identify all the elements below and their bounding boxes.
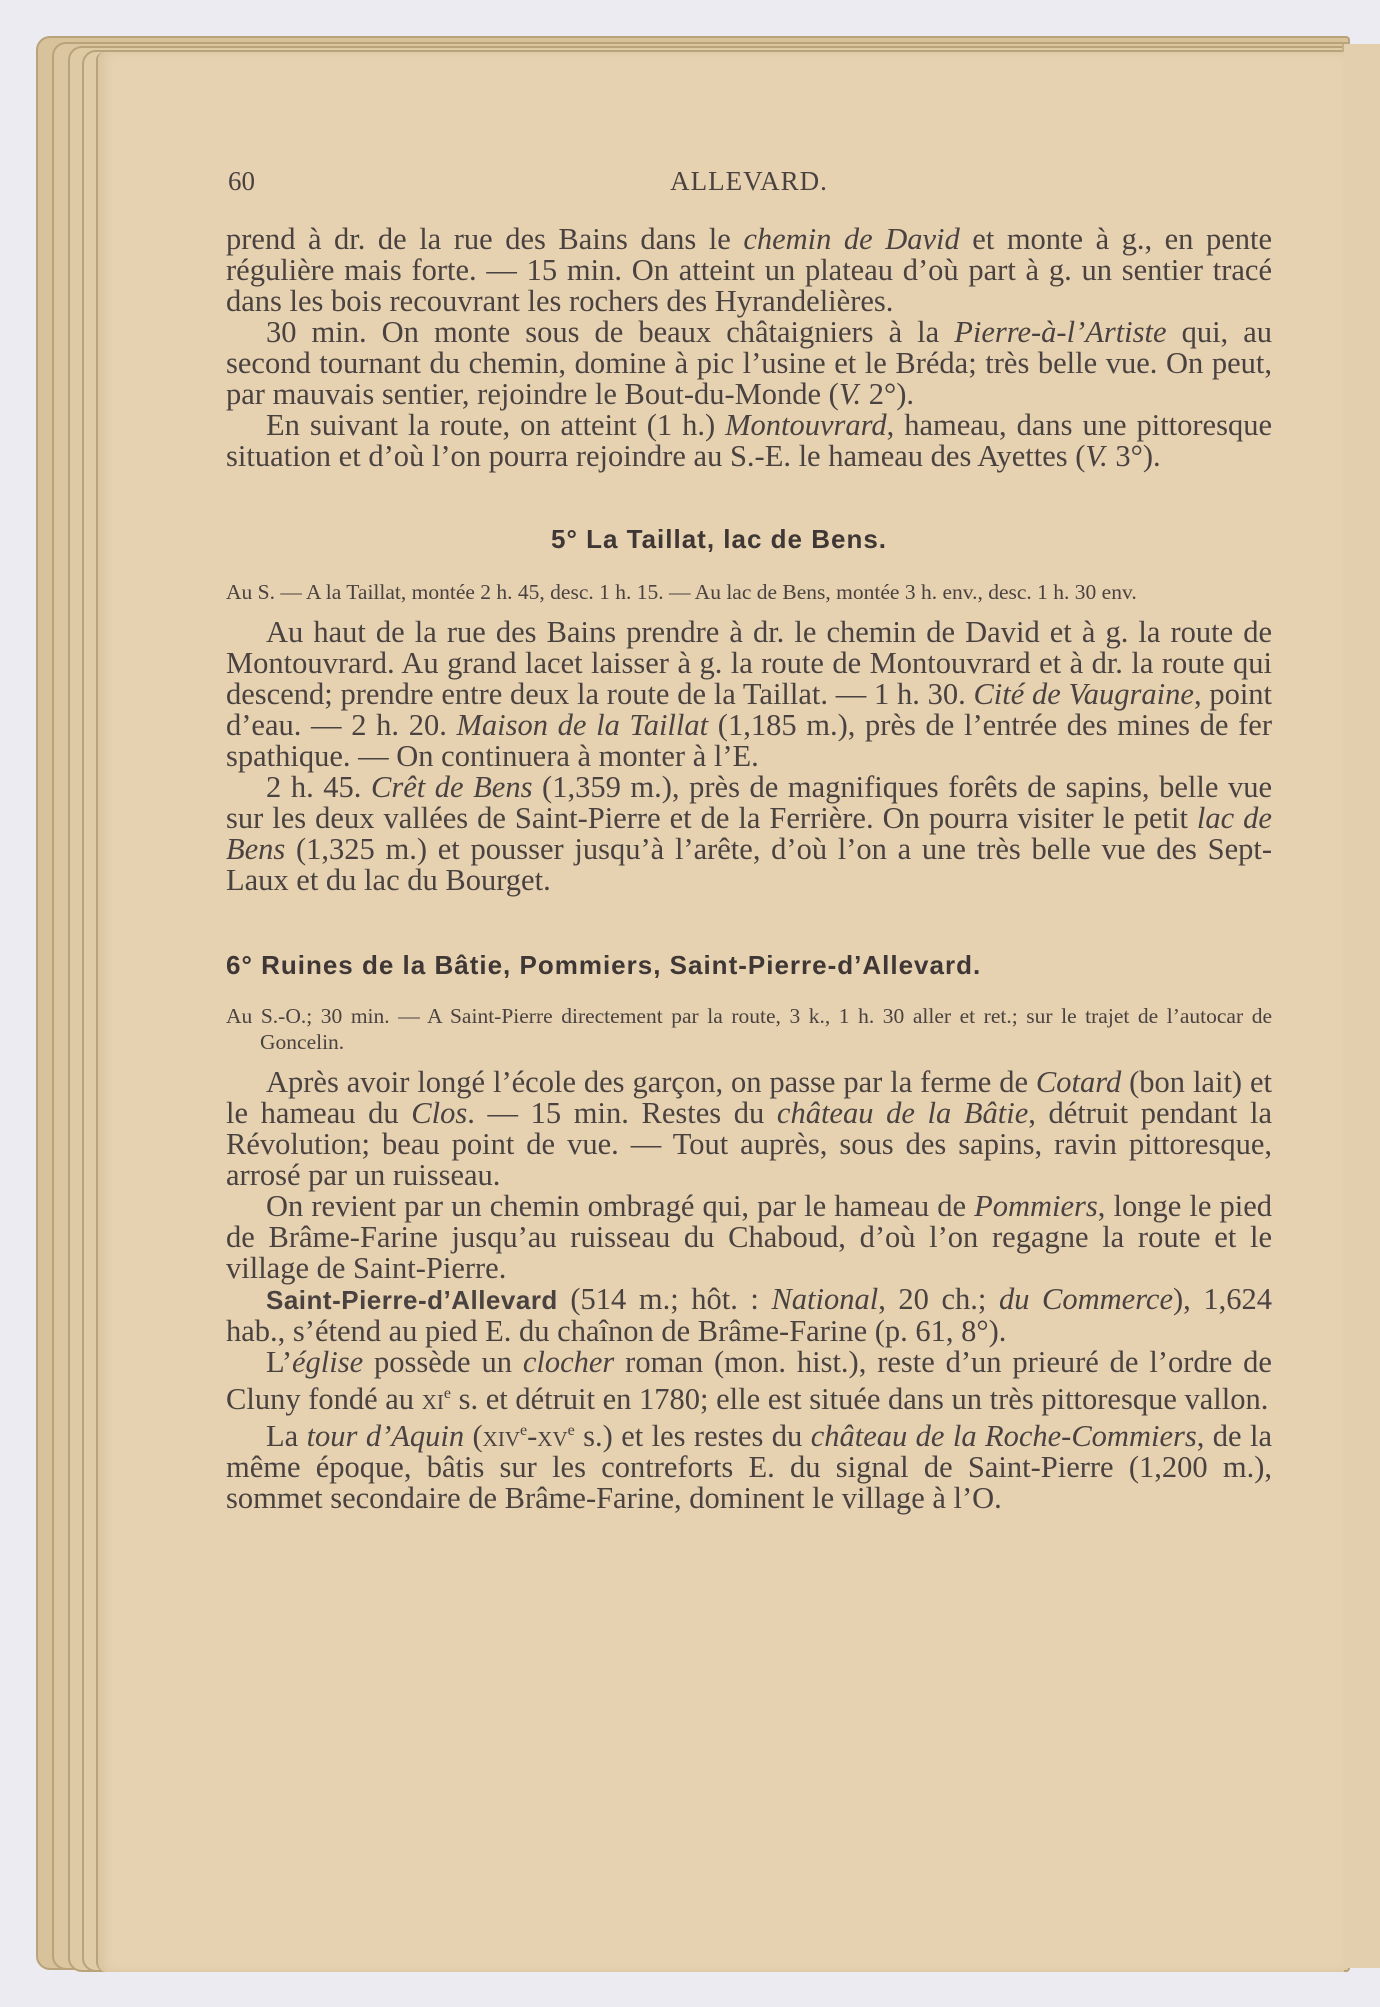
- section-heading: 5° La Taillat, lac de Bens.: [226, 524, 1272, 555]
- paragraph: 2 h. 45. Crêt de Bens (1,359 m.), près d…: [226, 772, 1272, 896]
- running-head: ALLEVARD.: [228, 166, 1270, 197]
- paragraph: On revient par un chemin ombragé qui, pa…: [226, 1191, 1272, 1284]
- paragraph: Saint-Pierre-d’Allevard (514 m.; hôt. : …: [226, 1284, 1272, 1347]
- paragraph: L’église possède un clocher roman (mon. …: [226, 1347, 1272, 1415]
- page-body: prend à dr. de la rue des Bains dans le …: [226, 224, 1272, 1514]
- page-header: 60 ALLEVARD.: [228, 166, 1270, 206]
- section-heading: 6° Ruines de la Bâtie, Pommiers, Saint-P…: [226, 950, 1272, 981]
- paragraph: prend à dr. de la rue des Bains dans le …: [226, 224, 1272, 317]
- paragraph: 30 min. On monte sous de beaux châtaigni…: [226, 317, 1272, 410]
- paragraph: La tour d’Aquin (xive-xve s.) et les res…: [226, 1415, 1272, 1514]
- route-note: Au S.-O.; 30 min. — A Saint-Pierre direc…: [226, 1003, 1272, 1055]
- paragraph: Après avoir longé l’école des garçon, on…: [226, 1067, 1272, 1191]
- route-note: Au S. — A la Taillat, montée 2 h. 45, de…: [226, 579, 1272, 605]
- paragraph: Au haut de la rue des Bains prendre à dr…: [226, 617, 1272, 772]
- place-name: Saint-Pierre-d’Allevard: [266, 1285, 558, 1315]
- paragraph: En suivant la route, on atteint (1 h.) M…: [226, 410, 1272, 472]
- facing-page-edge: [1342, 44, 1380, 1968]
